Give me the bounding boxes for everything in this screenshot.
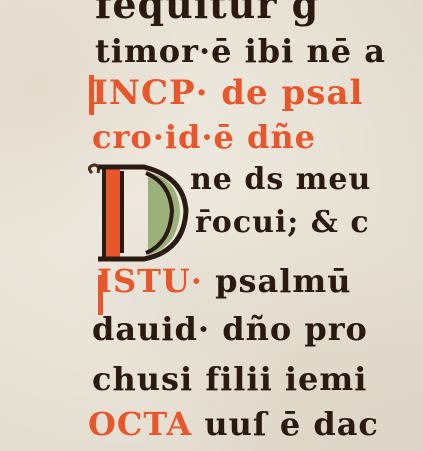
text-line-8: OCTA uuſ ē dac (88, 405, 379, 443)
text-line-6: dauid· dño pro (92, 310, 368, 348)
text-line-2: timor·ē ibi nē a (95, 32, 386, 70)
text-line-3: ne ds meu (190, 162, 371, 197)
rubric-line-2: cro·id·ē dñe (92, 118, 316, 156)
decorated-initial-d (88, 163, 192, 265)
text-line-7: chusi filii iemi (92, 360, 367, 398)
rubric-line-1: INCP· de psal (92, 73, 363, 113)
text-line-4: r̄ocui; & c (195, 205, 370, 240)
text-line-5: ISTU· psalmū (97, 262, 351, 300)
text-line-1: fequitur g (95, 0, 319, 27)
